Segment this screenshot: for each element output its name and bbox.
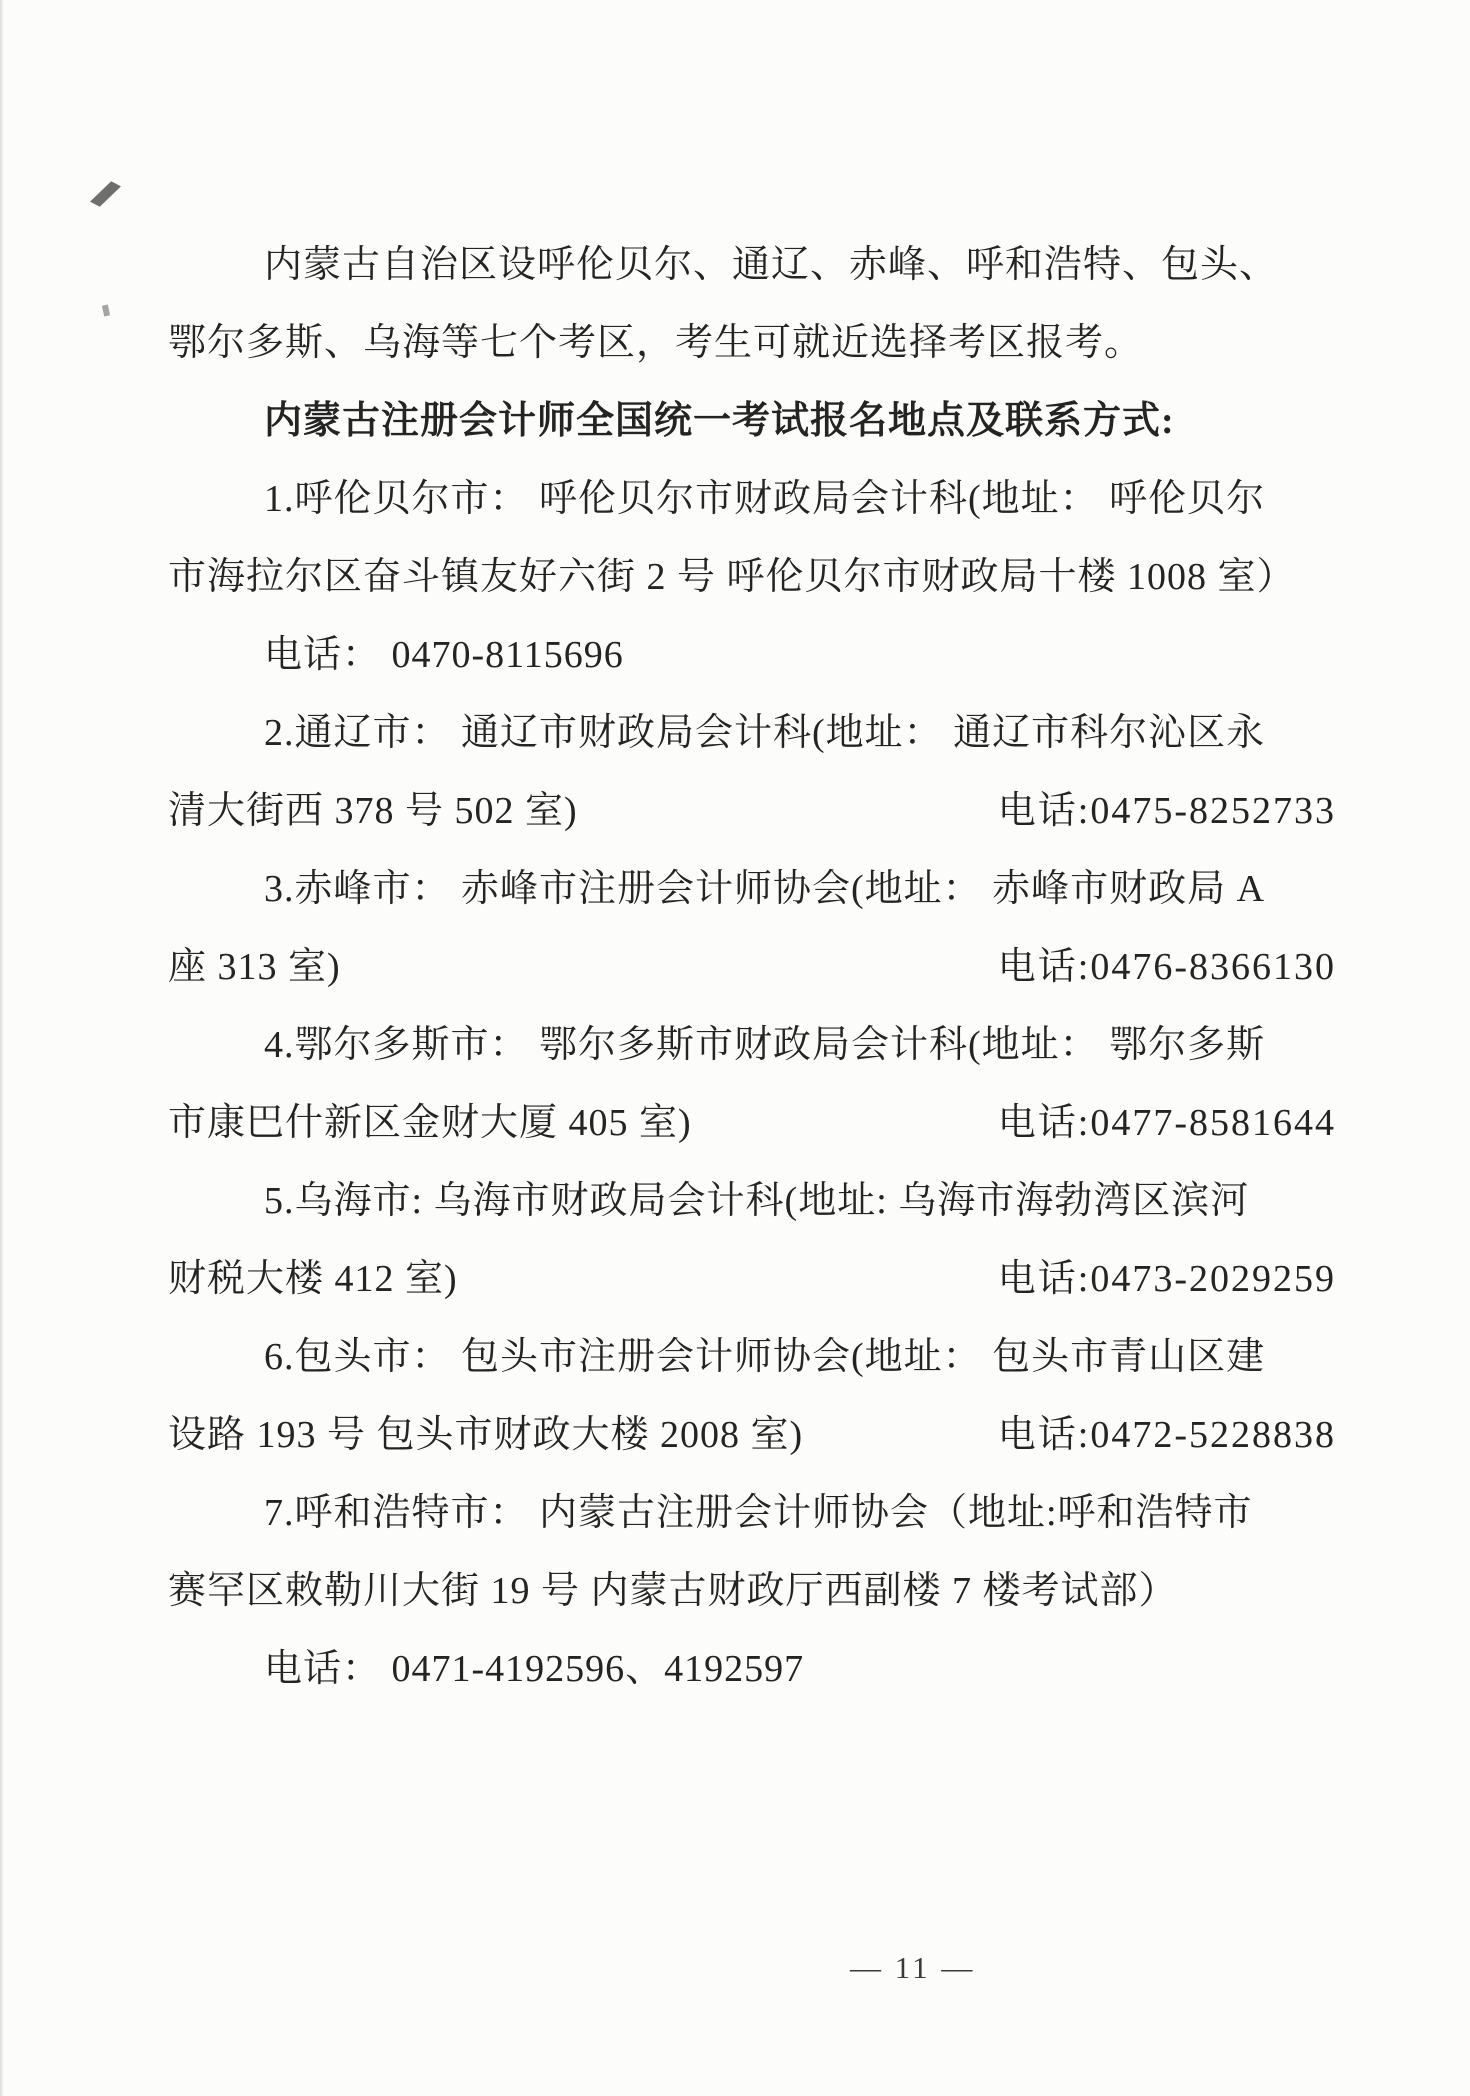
entry-phone: 电话： 0471-4192596、4192597 [168,1630,1336,1708]
scan-artifact [102,304,110,316]
entry-line: 财税大楼 412 室) [168,1240,458,1318]
entry-line-with-phone: 市康巴什新区金财大厦 405 室) 电话:0477-8581644 [168,1084,1336,1162]
entry-phone: 电话:0477-8581644 [998,1084,1336,1162]
entry-hulunbeier: 1.呼伦贝尔市： 呼伦贝尔市财政局会计科(地址： 呼伦贝尔 市海拉尔区奋斗镇友好… [168,460,1336,694]
entry-line: 4.鄂尔多斯市： 鄂尔多斯市财政局会计科(地址： 鄂尔多斯 [168,1006,1336,1084]
entry-line: 3.赤峰市： 赤峰市注册会计师协会(地址： 赤峰市财政局 A [168,850,1336,928]
scanned-document-page: 内蒙古自治区设呼伦贝尔、通辽、赤峰、呼和浩特、包头、 鄂尔多斯、乌海等七个考区，… [0,0,1470,2096]
intro-line-2: 鄂尔多斯、乌海等七个考区，考生可就近选择考区报考。 [168,304,1336,382]
entry-line: 市海拉尔区奋斗镇友好六街 2 号 呼伦贝尔市财政局十楼 1008 室） [168,538,1336,616]
entry-phone: 电话： 0470-8115696 [168,616,1336,694]
entry-line: 清大街西 378 号 502 室) [168,772,578,850]
page-number: — 11 — [850,1944,975,1992]
entry-line: 座 313 室) [168,928,341,1006]
intro-line-1: 内蒙古自治区设呼伦贝尔、通辽、赤峰、呼和浩特、包头、 [168,226,1336,304]
entry-huhehaote: 7.呼和浩特市： 内蒙古注册会计师协会（地址:呼和浩特市 赛罕区敕勒川大街 19… [168,1474,1336,1708]
entry-line-with-phone: 财税大楼 412 室) 电话:0473-2029259 [168,1240,1336,1318]
entry-chifeng: 3.赤峰市： 赤峰市注册会计师协会(地址： 赤峰市财政局 A 座 313 室) … [168,850,1336,1006]
entry-line-with-phone: 设路 193 号 包头市财政大楼 2008 室) 电话:0472-5228838 [168,1396,1336,1474]
document-body: 内蒙古自治区设呼伦贝尔、通辽、赤峰、呼和浩特、包头、 鄂尔多斯、乌海等七个考区，… [168,226,1336,1708]
entry-line: 市康巴什新区金财大厦 405 室) [168,1084,692,1162]
entry-tongliao: 2.通辽市： 通辽市财政局会计科(地址： 通辽市科尔沁区永 清大街西 378 号… [168,694,1336,850]
entry-line: 赛罕区敕勒川大街 19 号 内蒙古财政厅西副楼 7 楼考试部） [168,1552,1336,1630]
entry-phone: 电话:0475-8252733 [998,772,1336,850]
entry-line: 7.呼和浩特市： 内蒙古注册会计师协会（地址:呼和浩特市 [168,1474,1336,1552]
entry-line: 2.通辽市： 通辽市财政局会计科(地址： 通辽市科尔沁区永 [168,694,1336,772]
entry-line-with-phone: 清大街西 378 号 502 室) 电话:0475-8252733 [168,772,1336,850]
entry-phone: 电话:0473-2029259 [998,1240,1336,1318]
entry-baotou: 6.包头市： 包头市注册会计师协会(地址： 包头市青山区建 设路 193 号 包… [168,1318,1336,1474]
scan-artifact [90,181,121,207]
entry-line: 5.乌海市: 乌海市财政局会计科(地址: 乌海市海勃湾区滨河 [168,1162,1336,1240]
entry-line: 6.包头市： 包头市注册会计师协会(地址： 包头市青山区建 [168,1318,1336,1396]
entry-phone: 电话:0476-8366130 [998,928,1336,1006]
entry-line: 设路 193 号 包头市财政大楼 2008 室) [168,1396,803,1474]
section-heading: 内蒙古注册会计师全国统一考试报名地点及联系方式: [168,382,1336,460]
entry-line-with-phone: 座 313 室) 电话:0476-8366130 [168,928,1336,1006]
entry-phone: 电话:0472-5228838 [998,1396,1336,1474]
entry-wuhai: 5.乌海市: 乌海市财政局会计科(地址: 乌海市海勃湾区滨河 财税大楼 412 … [168,1162,1336,1318]
entry-eerduosi: 4.鄂尔多斯市： 鄂尔多斯市财政局会计科(地址： 鄂尔多斯 市康巴什新区金财大厦… [168,1006,1336,1162]
scan-edge-shadow [0,0,4,2096]
entry-line: 1.呼伦贝尔市： 呼伦贝尔市财政局会计科(地址： 呼伦贝尔 [168,460,1336,538]
